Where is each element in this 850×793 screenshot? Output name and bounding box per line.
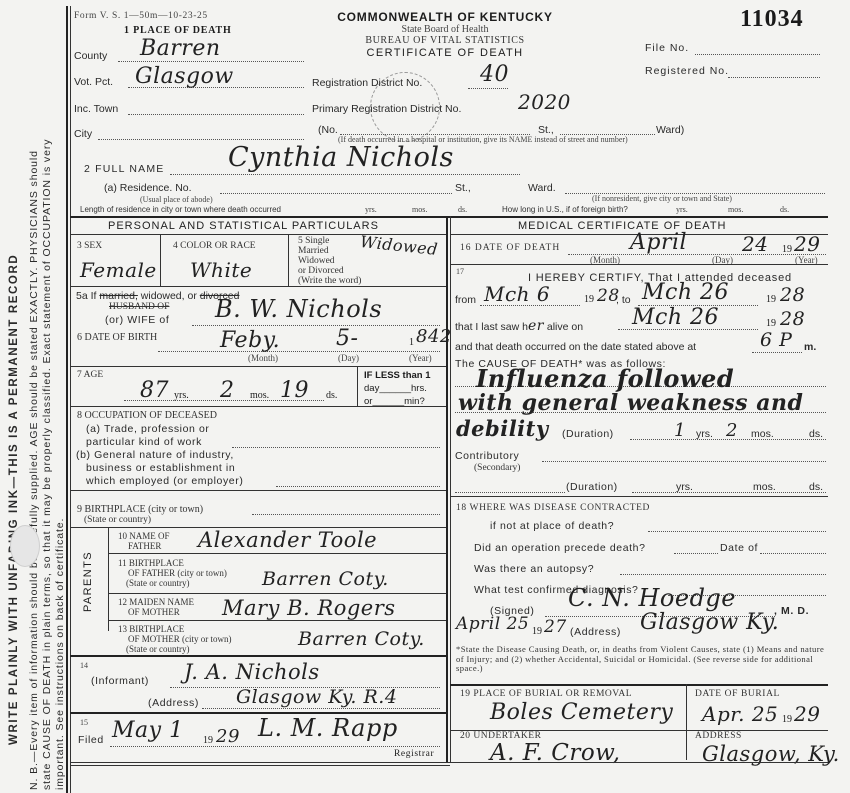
length-ds: ds. [458, 205, 467, 214]
certificate-title: CERTIFICATE OF DEATH [325, 47, 565, 59]
mother-rule [108, 620, 446, 621]
contributory-duration-field[interactable] [632, 492, 826, 493]
informant-value: J. A. Nichols [184, 660, 320, 684]
physician-address-label: (Address) [570, 626, 621, 638]
residence-underline [220, 193, 452, 194]
length-residence-label: Length of residence in city or town wher… [80, 205, 281, 214]
bottom-rule-right [450, 762, 828, 763]
death-time-underline [752, 352, 802, 353]
marital-label-divorced: or Divorced [298, 266, 361, 276]
contributory-field[interactable] [542, 461, 826, 462]
section-divider-top [70, 216, 828, 218]
less-than-hrs: day______hrs. [364, 382, 431, 395]
marital-rule [70, 286, 446, 287]
from-year-prefix: 19 [584, 294, 594, 305]
city-underline [98, 139, 304, 140]
contributory-duration-label: (Duration) [566, 481, 618, 493]
informant-address-label: (Address) [148, 697, 199, 709]
dob-year: 842 [416, 326, 452, 347]
cause-line-2: with general weakness and [458, 390, 803, 416]
last-saw-label: that I last saw her alive on [455, 318, 583, 334]
death-time-value: 6 P [760, 329, 792, 351]
county-underline [118, 61, 304, 62]
vot-pct-value: Glasgow [135, 64, 234, 89]
dob-day: 5- [336, 326, 358, 351]
contributory-ds-unit: ds. [809, 481, 823, 493]
county-value: Barren [140, 36, 221, 61]
contributory-label: Contributory [455, 450, 519, 462]
full-name-value: Cynthia Nichols [228, 142, 454, 173]
contracted-heading: 18 WHERE WAS DISEASE CONTRACTED [456, 503, 650, 513]
occupation-rule [70, 406, 446, 407]
file-no-label: File No. [645, 42, 689, 54]
burial-year-prefix: 19 [782, 714, 792, 725]
burial-rule [450, 684, 828, 686]
residence-ward-label: Ward. [528, 182, 556, 194]
mother-name-value: Mary B. Rogers [222, 596, 396, 620]
marital-label-write: (Write the word) [298, 276, 361, 286]
board-title: State Board of Health [325, 24, 565, 35]
to-year: 28 [780, 284, 805, 306]
registered-no-label: Registered No. [645, 65, 729, 77]
marital-value: Widowed [359, 232, 439, 259]
age-yrs-unit: yrs. [174, 390, 189, 401]
last-saw-alive: alive on [544, 321, 583, 333]
form-id: Form V. S. 1—50m—10-23-25 [74, 11, 208, 21]
mother-label: 12 MAIDEN NAME OF MOTHER [118, 597, 194, 617]
registrar-signature: L. M. Rapp [258, 714, 398, 742]
registrar-label: Registrar [394, 749, 434, 759]
contributory-duration-lead [455, 492, 565, 493]
mother-bp-line-3: (State or country) [118, 644, 232, 654]
age-days: 19 [280, 378, 309, 403]
sex-race-divider [160, 234, 161, 286]
residence-label: (a) Residence. No. [104, 182, 192, 194]
city-label: City [74, 128, 92, 140]
inc-town-label: Inc. Town [74, 103, 118, 115]
contributory-mos-unit: mos. [753, 481, 776, 493]
last-saw-date: Mch 26 [632, 305, 719, 330]
registration-district-label: Registration District No. [312, 77, 422, 89]
filed-year-prefix: 19 [203, 735, 213, 746]
spouse-label-married-struck: married, [99, 290, 138, 302]
spouse-label-widowed: widowed, or [138, 290, 200, 302]
marital-label-married: Married [298, 246, 361, 256]
occupation-heading: 8 OCCUPATION OF DECEASED [77, 410, 217, 421]
column-divider [446, 216, 448, 762]
dob-day-sub: (Day) [338, 353, 359, 363]
race-label: 4 COLOR OR RACE [173, 241, 256, 251]
mother-birthplace-value: Barren Coty. [298, 628, 425, 650]
mother-birthplace-label: 13 BIRTHPLACE OF MOTHER (city or town) (… [118, 624, 232, 654]
sign-year: 27 [544, 617, 567, 637]
dob-year-sub: (Year) [409, 353, 432, 363]
md-label: , M. D. [774, 605, 809, 617]
dod-day: 24 [742, 232, 768, 256]
to-year-prefix: 19 [766, 294, 776, 305]
us-ds: ds. [780, 205, 789, 214]
occupation-b-line-3: which employed (or employer) [86, 475, 243, 487]
mother-label-line-2: OF MOTHER [118, 607, 194, 617]
sign-year-prefix: 19 [532, 626, 542, 637]
duration-mos-unit: mos. [751, 428, 774, 440]
age-label: 7 AGE [77, 370, 103, 380]
us-label: How long in U.S., if of foreign birth? [502, 205, 628, 214]
birthplace-label: 9 BIRTHPLACE (city or town) [77, 504, 203, 515]
death-time-suffix: m. [804, 341, 816, 353]
duration-label: (Duration) [562, 428, 614, 440]
item-17-num: 17 [456, 267, 464, 276]
county-label: County [74, 50, 107, 62]
physician-signature: C. N. Hoedge [568, 584, 736, 612]
informant-rule [70, 655, 446, 657]
primary-registration-label: Primary Registration District No. [312, 103, 461, 115]
father-name-value: Alexander Toole [198, 528, 377, 552]
bottom-rule-left-2 [70, 765, 450, 766]
occupation-a-field[interactable] [232, 447, 440, 448]
mother-bp-line-1: 13 BIRTHPLACE [118, 624, 232, 634]
us-mos: mos. [728, 205, 743, 214]
race-value: White [190, 258, 252, 282]
father-label-line-1: 10 NAME OF [118, 531, 170, 541]
city-ward-label: Ward) [656, 124, 684, 136]
age-rule [70, 366, 446, 367]
sex-label: 3 SEX [77, 241, 102, 251]
if-not-label: if not at place of death? [490, 520, 614, 532]
full-name-underline [170, 174, 520, 175]
personal-heading: PERSONAL AND STATISTICAL PARTICULARS [108, 220, 379, 232]
cause-footnote: *State the Disease Causing Death, or, in… [456, 645, 826, 674]
margin-instructions-line-2: state CAUSE OF DEATH in plain terms, so … [41, 139, 53, 790]
bureau-title: BUREAU OF VITAL STATISTICS [325, 35, 565, 46]
father-label: 10 NAME OF FATHER [118, 531, 170, 551]
to-label: , to [616, 294, 631, 306]
operation-label: Did an operation precede death? [474, 542, 646, 554]
primary-registration-value: 2020 [518, 90, 571, 114]
occupation-b-line-1: (b) General nature of industry, [76, 449, 234, 461]
last-saw-year-prefix: 19 [766, 318, 776, 329]
duration-yrs-unit: yrs. [696, 428, 713, 440]
dob-year-prefix: 1 [409, 337, 414, 348]
file-no-field[interactable] [695, 54, 820, 55]
us-yrs: yrs. [676, 205, 688, 214]
burial-year: 29 [794, 702, 820, 726]
frame-left-border-inner [70, 6, 71, 793]
margin-instructions-line-1: N. B.—Every item of information should b… [28, 150, 40, 790]
father-rule [108, 553, 446, 554]
less-than-day-label: IF LESS than 1 day______hrs. or______min… [364, 369, 431, 408]
birthplace-field[interactable] [252, 514, 440, 515]
frame-left-border [66, 6, 68, 793]
from-label: from [455, 294, 476, 306]
burial-date-label: DATE OF BURIAL [695, 689, 780, 699]
marital-label-widowed: Widowed [298, 256, 361, 266]
registered-no-field[interactable] [728, 77, 820, 78]
dod-label: 16 DATE OF DEATH [460, 243, 560, 253]
cause-line-1: Influenza followed [476, 364, 734, 393]
duration-ds-unit: ds. [809, 428, 823, 440]
age-mos-unit: mos. [250, 390, 269, 401]
dob-underline [158, 351, 440, 352]
punch-hole [10, 525, 40, 567]
burial-date-value: Apr. 25 [702, 702, 778, 726]
occupation-a-line-1: (a) Trade, profession or [86, 423, 210, 435]
age-less-divider [357, 366, 358, 406]
registration-district-underline [468, 88, 508, 89]
age-ds-unit: ds. [326, 390, 337, 401]
marital-label: 5 Single Married Widowed or Divorced (Wr… [298, 236, 361, 286]
registration-district-value: 40 [480, 62, 509, 87]
informant-address-value: Glasgow Ky. R.4 [236, 686, 397, 708]
occupation-a-line-2: particular kind of work [86, 436, 202, 448]
if-not-field[interactable] [648, 531, 826, 532]
date-of-label: Date of [720, 542, 758, 554]
autopsy-label: Was there an autopsy? [474, 563, 594, 575]
parents-side-divider [108, 527, 109, 631]
bottom-rule-left [70, 762, 450, 763]
operation-date-field[interactable] [760, 553, 826, 554]
less-than-label: IF LESS than 1 [364, 369, 431, 382]
city-no-label: (No. [318, 124, 338, 136]
father-birthplace-label: 11 BIRTHPLACE OF FATHER (city or town) (… [118, 558, 227, 588]
age-months: 2 [220, 378, 235, 403]
occupation-b-line-2: business or establishment in [86, 462, 235, 474]
father-birthplace-value: Barren Coty. [262, 568, 389, 590]
residence-sub: (Usual place of abode) [140, 195, 213, 204]
wife-of-label: (or) WIFE of [105, 314, 169, 326]
from-date: Mch 6 [484, 282, 550, 306]
husband-of-struck: HUSBAND OF [109, 302, 169, 312]
dod-year-prefix: 19 [782, 244, 792, 255]
length-mos: mos. [412, 205, 427, 214]
burial-place-value: Boles Cemetery [490, 700, 673, 725]
informant-address-underline [202, 708, 440, 709]
wife-of-underline [192, 325, 440, 326]
dod-month: April [630, 230, 687, 255]
occupation-b-field[interactable] [276, 486, 440, 487]
sex-value: Female [80, 258, 157, 282]
to-date: Mch 26 [642, 280, 729, 305]
dob-month-sub: (Month) [248, 353, 278, 363]
informant-num: 14 [80, 661, 88, 670]
parents-side-label: PARENTS [82, 551, 94, 612]
place-of-death-heading: 1 PLACE OF DEATH [124, 25, 232, 36]
father-bp-line-3: (State or country) [118, 578, 227, 588]
certify-rule [450, 264, 828, 265]
last-saw-year: 28 [780, 308, 805, 330]
burial-divider [686, 684, 687, 760]
length-yrs: yrs. [365, 205, 377, 214]
physician-sign-date: April 25 [456, 614, 529, 634]
operation-field[interactable] [674, 553, 718, 554]
residence-st-label: St., [455, 182, 471, 194]
birthplace-sub: (State or country) [84, 515, 151, 525]
marital-label-single: 5 Single [298, 236, 361, 246]
mother-label-line-1: 12 MAIDEN NAME [118, 597, 194, 607]
margin-instructions-line-3: important. See instructions on back of c… [54, 518, 66, 790]
column-divider-inner [450, 216, 451, 762]
file-number-stamp: 11034 [740, 6, 804, 33]
informant-label: (Informant) [91, 675, 149, 687]
duration-years: 1 [674, 420, 686, 441]
vot-pct-label: Vot. Pct. [74, 76, 113, 88]
nonresident-note: (If nonresident, give city or town and S… [592, 194, 732, 203]
death-time-label: and that death occurred on the date stat… [455, 341, 696, 353]
dod-year: 29 [794, 232, 820, 256]
medical-heading: MEDICAL CERTIFICATE OF DEATH [518, 220, 727, 232]
duration-months: 2 [726, 420, 738, 441]
mother-bp-line-2: OF MOTHER (city or town) [118, 634, 232, 644]
filed-label: Filed [78, 734, 104, 746]
spouse-value: B. W. Nichols [215, 295, 382, 323]
birthplace-rule [70, 490, 446, 491]
contracted-rule [450, 496, 828, 497]
dob-month: Feby. [220, 328, 280, 353]
cause-line-3: debility [456, 416, 549, 441]
contributory-sub: (Secondary) [474, 463, 520, 473]
header-center: COMMONWEALTH OF KENTUCKY State Board of … [325, 10, 565, 59]
physician-address-value: Glasgow Ky. [640, 610, 779, 635]
father-bp-rule [108, 593, 446, 594]
dob-label: 6 DATE OF BIRTH [77, 332, 157, 343]
father-bp-line-1: 11 BIRTHPLACE [118, 558, 227, 568]
father-label-line-2: FATHER [118, 541, 170, 551]
father-bp-line-2: OF FATHER (city or town) [118, 568, 227, 578]
burial-place-label: 19 PLACE OF BURIAL OR REMOVAL [460, 689, 632, 699]
filed-underline [110, 746, 440, 747]
filed-date-value: May 1 [112, 718, 184, 743]
last-saw-label-text: that I last saw h [455, 321, 528, 333]
inc-town-underline [128, 114, 304, 115]
filed-year-value: 29 [216, 726, 240, 747]
margin-permanent-record: WRITE PLAINLY WITH UNFADING INK—THIS IS … [8, 5, 20, 745]
autopsy-field[interactable] [620, 574, 826, 575]
last-saw-her: er [528, 318, 544, 334]
undertaker-address-label: ADDRESS [695, 731, 742, 741]
age-years: 87 [140, 378, 169, 403]
contributory-yrs-unit: yrs. [676, 481, 693, 493]
spouse-label-if: 5a If [76, 290, 99, 302]
state-title: COMMONWEALTH OF KENTUCKY [325, 10, 565, 24]
full-name-label: 2 FULL NAME [84, 163, 165, 175]
race-marital-divider [288, 234, 289, 286]
filed-num: 15 [80, 718, 88, 727]
